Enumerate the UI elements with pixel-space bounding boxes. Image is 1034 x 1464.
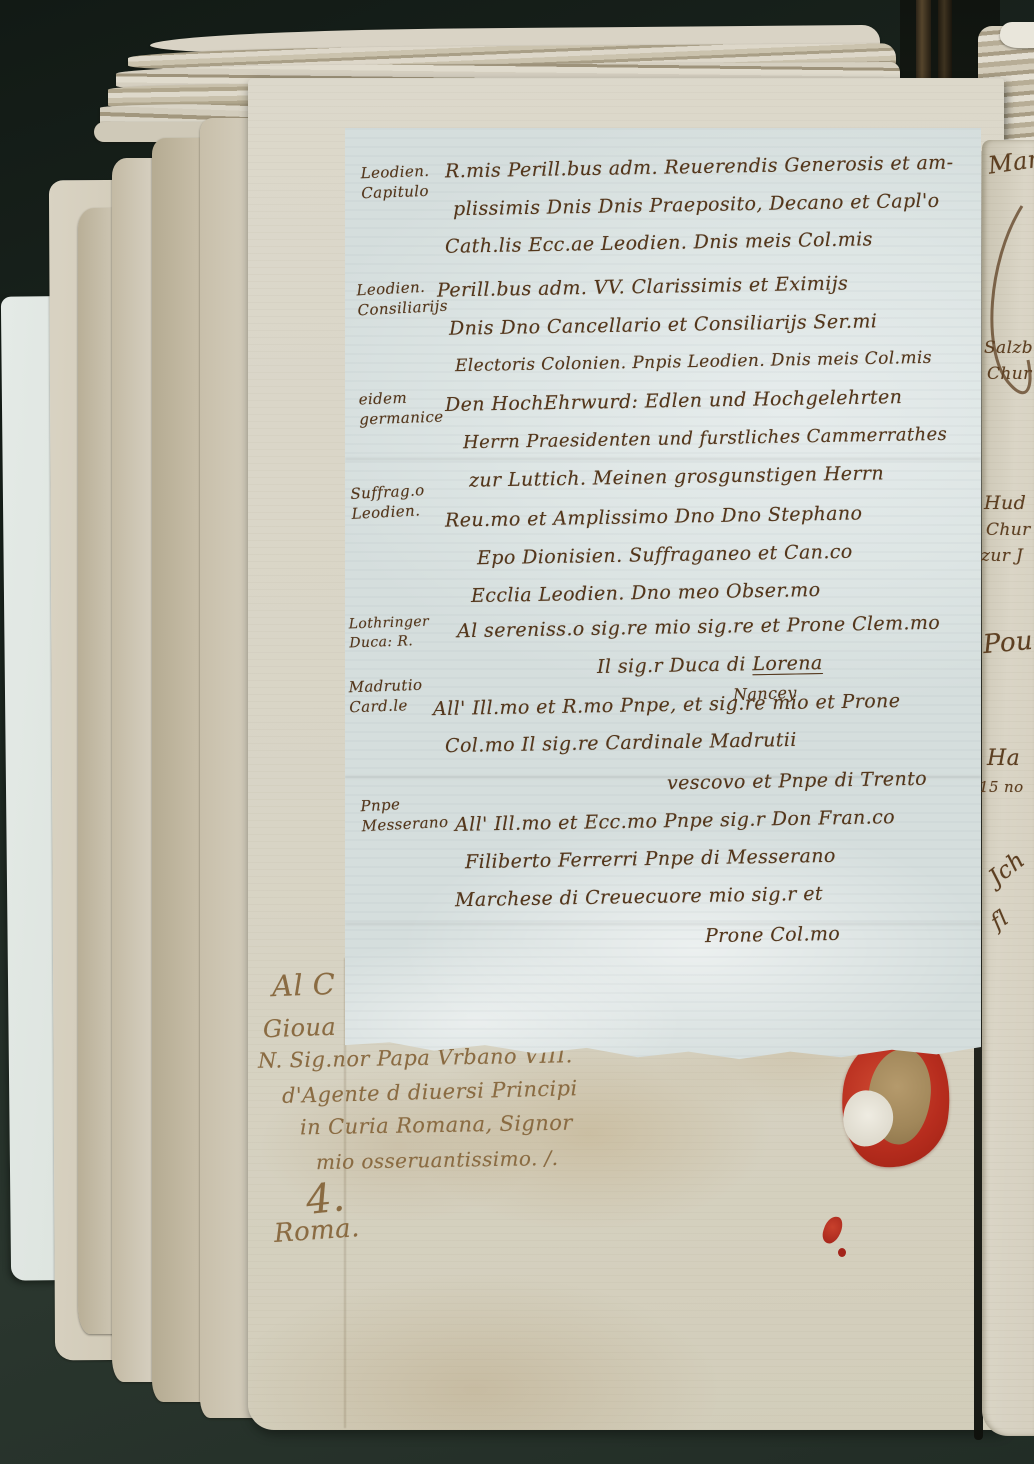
entry-line: plissimis Dnis Dnis Praeposito, Decano e…: [453, 190, 940, 220]
entry-margin-label: eidem germanice: [358, 387, 444, 430]
entry-line: Den HochEhrwurd: Edlen und Hochgelehrten: [445, 386, 903, 416]
entry-line: Electoris Colonien. Pnpis Leodien. Dnis …: [455, 348, 932, 376]
sheet-crease: [345, 458, 981, 460]
entry-margin-label: Madrutio Card.le: [348, 675, 423, 718]
entry-line: Cath.lis Ecc.ae Leodien. Dnis meis Col.m…: [445, 228, 873, 257]
place-name: Roma.: [273, 1213, 361, 1249]
attached-address-sheet: Leodien. Capitulo R.mis Perill.bus adm. …: [345, 128, 981, 1060]
entry-line: zur Luttich. Meinen grosgunstigen Herrn: [469, 462, 884, 491]
entry-margin-label: Lothringer Duca: R.: [348, 613, 430, 654]
entry-line: Epo Dionisien. Suffraganeo et Can.co: [477, 541, 853, 570]
fragment-line: Ha: [987, 746, 1020, 771]
entry-line: Marchese di Creuecuore mio sig.r et: [455, 883, 823, 911]
address-line: mio osseruantissimo. /.: [316, 1146, 559, 1174]
entry-line: Al sereniss.o sig.re mio sig.re et Prone…: [457, 612, 940, 642]
entry-line: All' Ill.mo et Ecc.mo Pnpe sig.r Don Fra…: [455, 806, 895, 836]
entry-line: Filiberto Ferrerri Pnpe di Messerano: [465, 845, 836, 873]
entry-margin-label: Leodien. Capitulo: [360, 161, 430, 204]
entry-line: Dnis Dno Cancellario et Consiliarijs Ser…: [449, 310, 878, 339]
entry-line-text: Il sig.r Duca di: [597, 653, 753, 678]
entry-line: Reu.mo et Amplissimo Dno Dno Stephano: [445, 502, 863, 531]
entry-line: Il sig.r Duca di Lorena: [597, 652, 823, 678]
entry-line: Perill.bus adm. VV. Clarissimis et Eximi…: [437, 272, 849, 301]
entry-line: vescovo et Pnpe di Trento: [667, 768, 927, 795]
entry-margin-label: Pnpe Messerano: [360, 792, 449, 837]
entry-margin-label: Leodien. Consiliarijs: [356, 276, 448, 321]
fragment-line: Pou: [982, 626, 1034, 660]
entry-line: Ecclia Leodien. Dno meo Obser.mo: [471, 579, 821, 607]
fragment-line: Salzb: [984, 338, 1033, 358]
fragment-line: Chur: [986, 520, 1031, 540]
wax-drip-small: [838, 1248, 846, 1257]
entry-line: Herrn Praesidenten und furstliches Camme…: [463, 424, 948, 453]
entry-line: Prone Col.mo: [705, 923, 841, 947]
address-line: in Curia Romana, Signor: [300, 1111, 573, 1140]
entry-line: R.mis Perill.bus adm. Reuerendis Generos…: [445, 152, 954, 183]
entry-margin-label: Suffrag.o Leodien.: [350, 480, 426, 524]
fragment-line: Hud: [984, 492, 1026, 514]
fragment-line: 15 no: [979, 778, 1024, 796]
sheet-crease: [345, 923, 981, 925]
right-page-corner: [1000, 22, 1034, 48]
address-line: Al C: [271, 967, 335, 1003]
fragment-line: zur J: [981, 546, 1023, 566]
manuscript-photo: Al C Gioua N. Sig.nor Papa Vrbano VIII. …: [0, 0, 1034, 1464]
address-line: Gioua: [263, 1013, 337, 1044]
flourish-icon: [978, 200, 1034, 436]
underlined-place-name: Lorena: [752, 652, 823, 675]
entry-line: All' Ill.mo et R.mo Pnpe, et sig.re mio …: [433, 690, 901, 720]
entry-line: Col.mo Il sig.re Cardinale Madrutii: [445, 729, 797, 757]
fragment-line: Chur: [987, 364, 1032, 384]
